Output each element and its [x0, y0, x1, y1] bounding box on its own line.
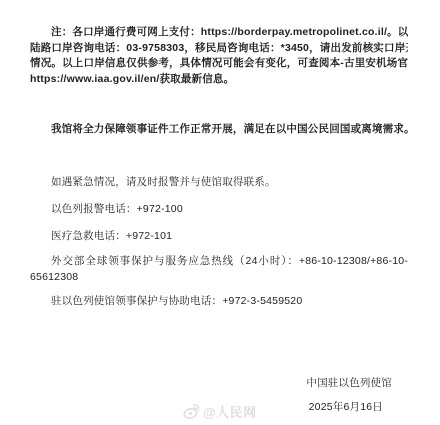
contact-text: 驻以色列使馆领事保护与协助电话：+972-3-5459520: [30, 294, 408, 310]
note-paragraph: 注：各口岸通行费可网上支付：https://borderpay.metropol…: [30, 25, 408, 87]
contact-text: 以色列报警电话：+972-100: [30, 202, 408, 218]
note-line: 注：各口岸通行费可网上支付：https://borderpay.metropol…: [30, 25, 408, 41]
contact-line: 外交部全球领事保护与服务应急热线（24小时）：+86-10-12308/+86-…: [30, 254, 408, 270]
weibo-icon: [183, 404, 200, 419]
signature: 中国驻以色列使馆: [30, 376, 408, 392]
watermark-label: @人民网: [203, 402, 257, 421]
contact-embassy: 驻以色列使馆领事保护与协助电话：+972-3-5459520: [30, 294, 408, 310]
emergency-paragraph: 如遇紧急情况，请及时报警并与使馆取得联系。: [30, 175, 408, 191]
notice-document: 注：各口岸通行费可网上支付：https://borderpay.metropol…: [0, 0, 440, 425]
emergency-text: 如遇紧急情况，请及时报警并与使馆取得联系。: [30, 175, 408, 191]
document-body: 注：各口岸通行费可网上支付：https://borderpay.metropol…: [30, 25, 408, 416]
note-line: 情况。以上口岸信息仅供参考，具体情况可能会有变化，可查阅本-古里安机场官网: [30, 56, 408, 72]
contact-medical: 医疗急救电话：+972-101: [30, 229, 408, 245]
contact-mfa-hotline: 外交部全球领事保护与服务应急热线（24小时）：+86-10-12308/+86-…: [30, 254, 408, 285]
assurance-paragraph: 我馆将全力保障领事证件工作正常开展，满足在以中国公民回国或离境需求。: [30, 122, 408, 138]
watermark: @人民网: [183, 402, 257, 421]
contact-text: 医疗急救电话：+972-101: [30, 229, 408, 245]
contact-line: 65612308: [30, 270, 408, 286]
contact-police: 以色列报警电话：+972-100: [30, 202, 408, 218]
note-line: https://www.iaa.gov.il/en/获取最新信息。: [30, 72, 408, 88]
assurance-text: 我馆将全力保障领事证件工作正常开展，满足在以中国公民回国或离境需求。: [30, 122, 408, 138]
note-line: 陆路口岸咨询电话：03-9758303，移民局咨询电话：*3450，请出发前核实…: [30, 41, 408, 57]
